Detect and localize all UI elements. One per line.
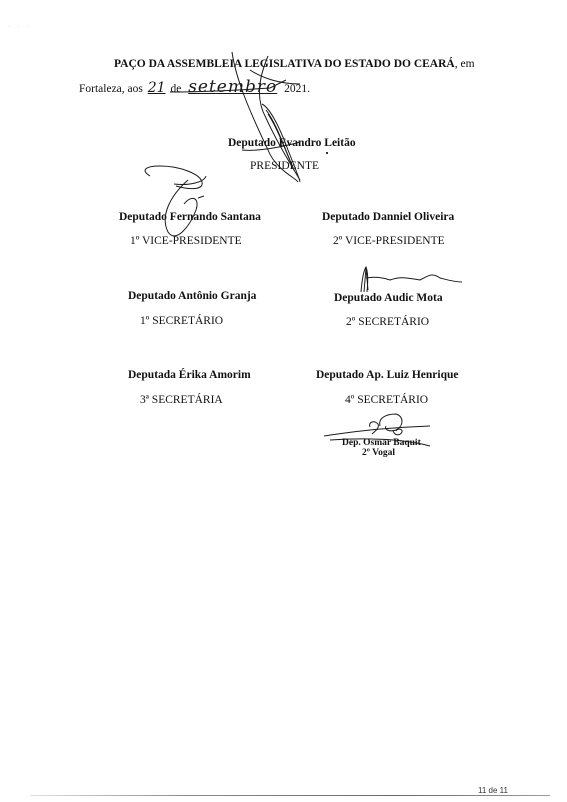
signature-1st-vice <box>145 166 206 236</box>
signatory-role-vogal: 2º Vogal <box>362 448 395 459</box>
signatory-role-2nd-vice: 2º VICE-PRESIDENTE <box>333 234 445 248</box>
scan-artifact: · · · <box>8 24 32 30</box>
date-connector: de <box>170 83 181 95</box>
signatory-name-2nd-vice: Deputado Danniel Oliveira <box>322 210 454 224</box>
signatory-name-2nd-secretary: Deputado Audic Mota <box>334 291 443 305</box>
header-line-2: Fortaleza, aos 21 de setembro 2021. <box>79 80 310 96</box>
place-prefix: Fortaleza, aos <box>79 83 143 95</box>
signatory-role-3rd-secretary: 3ª SECRETÁRIA <box>140 393 223 407</box>
signatory-name-4th-secretary: Deputado Ap. Luiz Henrique <box>316 368 459 382</box>
signatory-name-1st-vice: Deputado Fernando Santana <box>119 210 261 224</box>
header-trailing-text: , em <box>455 58 475 70</box>
signatory-role-2nd-secretary: 2º SECRETÁRIO <box>346 315 429 329</box>
header-line-1: PAÇO DA ASSEMBLEIA LEGISLATIVA DO ESTADO… <box>114 57 475 71</box>
year-suffix: 2021. <box>284 83 310 95</box>
assembly-name: PAÇO DA ASSEMBLEIA LEGISLATIVA DO ESTADO… <box>114 58 455 70</box>
signatory-name-1st-secretary: Deputado Antônio Granja <box>128 289 256 303</box>
signature-2nd-secretary <box>361 267 462 292</box>
signatory-name-3rd-secretary: Deputada Érika Amorim <box>128 368 251 382</box>
signatory-name-president: Deputado Evandro Leitão <box>228 136 356 150</box>
ink-dot <box>326 152 328 154</box>
signatory-role-president: PRESIDENTE <box>250 159 319 173</box>
signatory-role-1st-secretary: 1º SECRETÁRIO <box>140 314 223 328</box>
handwritten-signatures <box>0 0 567 802</box>
footer-rule <box>30 795 550 796</box>
handwritten-month: setembro <box>184 80 281 94</box>
signatory-role-4th-secretary: 4º SECRETÁRIO <box>345 393 428 407</box>
signatory-role-1st-vice: 1º VICE-PRESIDENTE <box>130 234 242 248</box>
handwritten-day: 21 <box>146 81 168 95</box>
page-indicator: 11 de 11 <box>478 786 508 795</box>
